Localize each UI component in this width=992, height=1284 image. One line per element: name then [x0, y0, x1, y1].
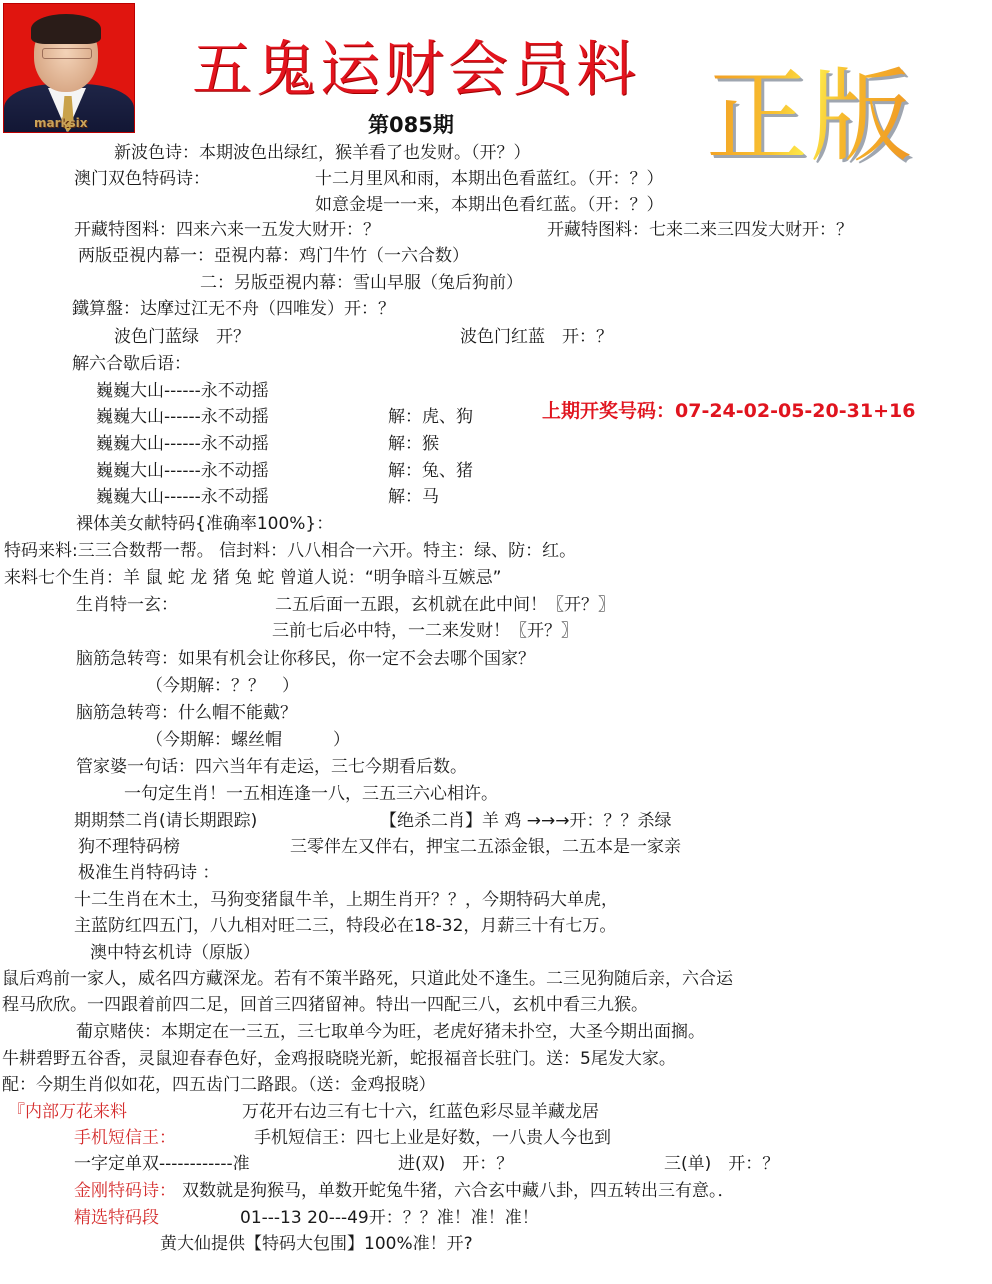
riddle-answer: 解：马 — [388, 486, 439, 508]
selected-segment-label: 精选特码段 — [74, 1207, 159, 1229]
iron-abacus: 鐵算盤：达摩过江无不舟（四唯发）开：？ — [72, 298, 395, 320]
sms-king-label: 手机短信王： — [74, 1127, 176, 1149]
page-title: 五鬼运财会员料 — [192, 34, 640, 106]
zodiac-xuan-label: 生肖特一玄： — [76, 594, 178, 616]
brain-teaser-1-question: 脑筋急转弯：如果有机会让你移民，你一定不会去哪个国家？ — [76, 648, 535, 670]
banned-zodiac-text: 【绝杀二肖】羊 鸡 →→→开：？？杀绿 — [380, 810, 672, 832]
housekeeper-quote: 管家婆一句话：四六当年有走运，三七今期看后数。 — [76, 756, 467, 778]
ox-poem: 牛耕碧野五谷香，灵鼠迎春春色好，金鸡报晓晓光新，蛇报福音长驻门。送：5尾发大家。 — [2, 1048, 676, 1070]
wanhua-text: 万花开右边三有七十六，红蓝色彩尽显羊藏龙居 — [242, 1101, 599, 1123]
wanhua-label: 『内部万花来料 — [8, 1101, 127, 1123]
riddle-answer: 解：虎、狗 — [388, 406, 473, 428]
brain-teaser-2-answer: （今期解：螺丝帽 ） — [146, 729, 350, 751]
pair-line: 配：今期生肖似如花，四五齿门二路跟。（送：金鸡报晓） — [2, 1074, 436, 1096]
macau-poem-line2: 如意金堤一一来，本期出色看红蓝。（开：？） — [315, 194, 664, 216]
single-double-even: 进(双) 开：？ — [398, 1153, 513, 1175]
wave-blue-green: 波色门蓝绿 开？ — [114, 326, 250, 348]
macau-poem-label: 澳门双色特码诗： — [74, 168, 210, 190]
avatar-photo: marksix — [3, 3, 135, 133]
kaicang-left: 开藏特图料：四来六来一五发大财开：？ — [74, 219, 380, 241]
accurate-poem-title: 极准生肖特码诗 ： — [78, 862, 219, 884]
riddle-item: 巍巍大山------永不动摇 — [96, 380, 269, 402]
wave-red-blue: 波色门红蓝 开：？ — [460, 326, 613, 348]
yashi-inside-one: 两版亞視内幕一：亞視内幕：鸡门牛竹（一六合数） — [78, 245, 469, 267]
issue-number: 第085期 — [368, 112, 454, 138]
diamond-poem-label: 金刚特码诗： — [74, 1180, 176, 1202]
dog-code-label: 狗不理特码榜 — [78, 836, 180, 858]
special-code-source: 特码来料:三三合数帮一帮。 信封料：八八相合一六开。特主：绿、防：红。 — [4, 540, 576, 562]
riddle-title: 解六合歇后语： — [72, 353, 191, 375]
macau-poem-line1: 十二月里风和雨，本期出色看蓝红。（开：？） — [315, 168, 664, 190]
avatar-brand-text: marksix — [34, 116, 88, 130]
authentic-badge: 正版 — [706, 62, 914, 174]
single-double-label: 一字定单双------------准 — [74, 1153, 250, 1175]
macau-xuan-line2: 程马欣欣。一四跟着前四二足，回首三四猪留神。特出一四配三八，玄机中看三九猴。 — [2, 994, 648, 1016]
riddle-answer: 解：兔、猪 — [388, 460, 473, 482]
yashi-inside-two: 二：另版亞視内幕：雪山早服（兔后狗前） — [200, 272, 523, 294]
macau-xuan-line1: 鼠后鸡前一家人，威名四方藏深龙。若有不策半路死，只道此处不逢生。二三见狗随后亲，… — [2, 968, 733, 990]
banned-zodiac-label: 期期禁二肖(请长期跟踪) — [74, 810, 257, 832]
riddle-item: 巍巍大山------永不动摇 — [96, 486, 269, 508]
avatar-glasses — [42, 48, 92, 59]
selected-segment-text: 01---13 20---49开：？？准！准！准！ — [240, 1207, 539, 1229]
casino-gambler: 葡京赌侠：本期定在一三五，三七取单今为旺，老虎好猪未扑空，大圣今期出面搁。 — [76, 1021, 705, 1043]
diamond-poem-text: 双数就是狗猴马，单数开蛇兔牛猪，六合玄中藏八卦，四五转出三有意。． — [182, 1180, 735, 1202]
riddle-item: 巍巍大山------永不动摇 — [96, 460, 269, 482]
one-zodiac-line: 一句定生肖！一五相连逢一八，三五三六心相许。 — [124, 783, 498, 805]
riddle-item: 巍巍大山------永不动摇 — [96, 433, 269, 455]
beauty-special-code: 裸体美女献特码{准确率100%}： — [76, 513, 333, 535]
kaicang-right: 开藏特图料：七来二来三四发大财开：？ — [547, 219, 853, 241]
brain-teaser-2-question: 脑筋急转弯：什么帽不能戴？ — [76, 702, 297, 724]
avatar-hair — [31, 14, 101, 44]
dog-code-text: 三零伴左又伴右，押宝二五添金银，二五本是一家亲 — [290, 836, 681, 858]
huang-daxian-line: 黄大仙提供【特码大包围】100%准！开? — [160, 1233, 473, 1255]
macau-xuan-title: 澳中特玄机诗（原版） — [90, 942, 260, 964]
sms-king-text: 手机短信王：四七上业是好数，一八贵人今也到 — [254, 1127, 611, 1149]
riddle-item: 巍巍大山------永不动摇 — [96, 406, 269, 428]
previous-draw-numbers: 上期开奖号码：07-24-02-05-20-31+16 — [542, 399, 915, 423]
new-wave-poem: 新波色诗：本期波色出绿红，猴羊看了也发财。（开？） — [114, 142, 531, 164]
single-double-odd: 三(单) 开：？ — [664, 1153, 779, 1175]
zodiac-xuan-line2: 三前七后必中特，一二来发财！〖开？〗 — [272, 620, 578, 642]
brain-teaser-1-answer: （今期解：？？ ） — [146, 675, 299, 697]
accurate-poem-line2: 主蓝防红四五门，八九相对旺二三，特段必在18-32，月薪三十有七万。 — [74, 915, 616, 937]
zodiac-xuan-line1: 二五后面一五跟，玄机就在此中间！〖开？〗 — [275, 594, 615, 616]
seven-zodiacs: 来料七个生肖：羊 鼠 蛇 龙 猪 兔 蛇 曾道人说：“明争暗斗互嫉忌” — [4, 567, 501, 589]
accurate-poem-line1: 十二生肖在木土，马狗变猪鼠牛羊，上期生肖开？？，今期特码大单虎， — [74, 889, 618, 911]
riddle-answer: 解：猴 — [388, 433, 439, 455]
